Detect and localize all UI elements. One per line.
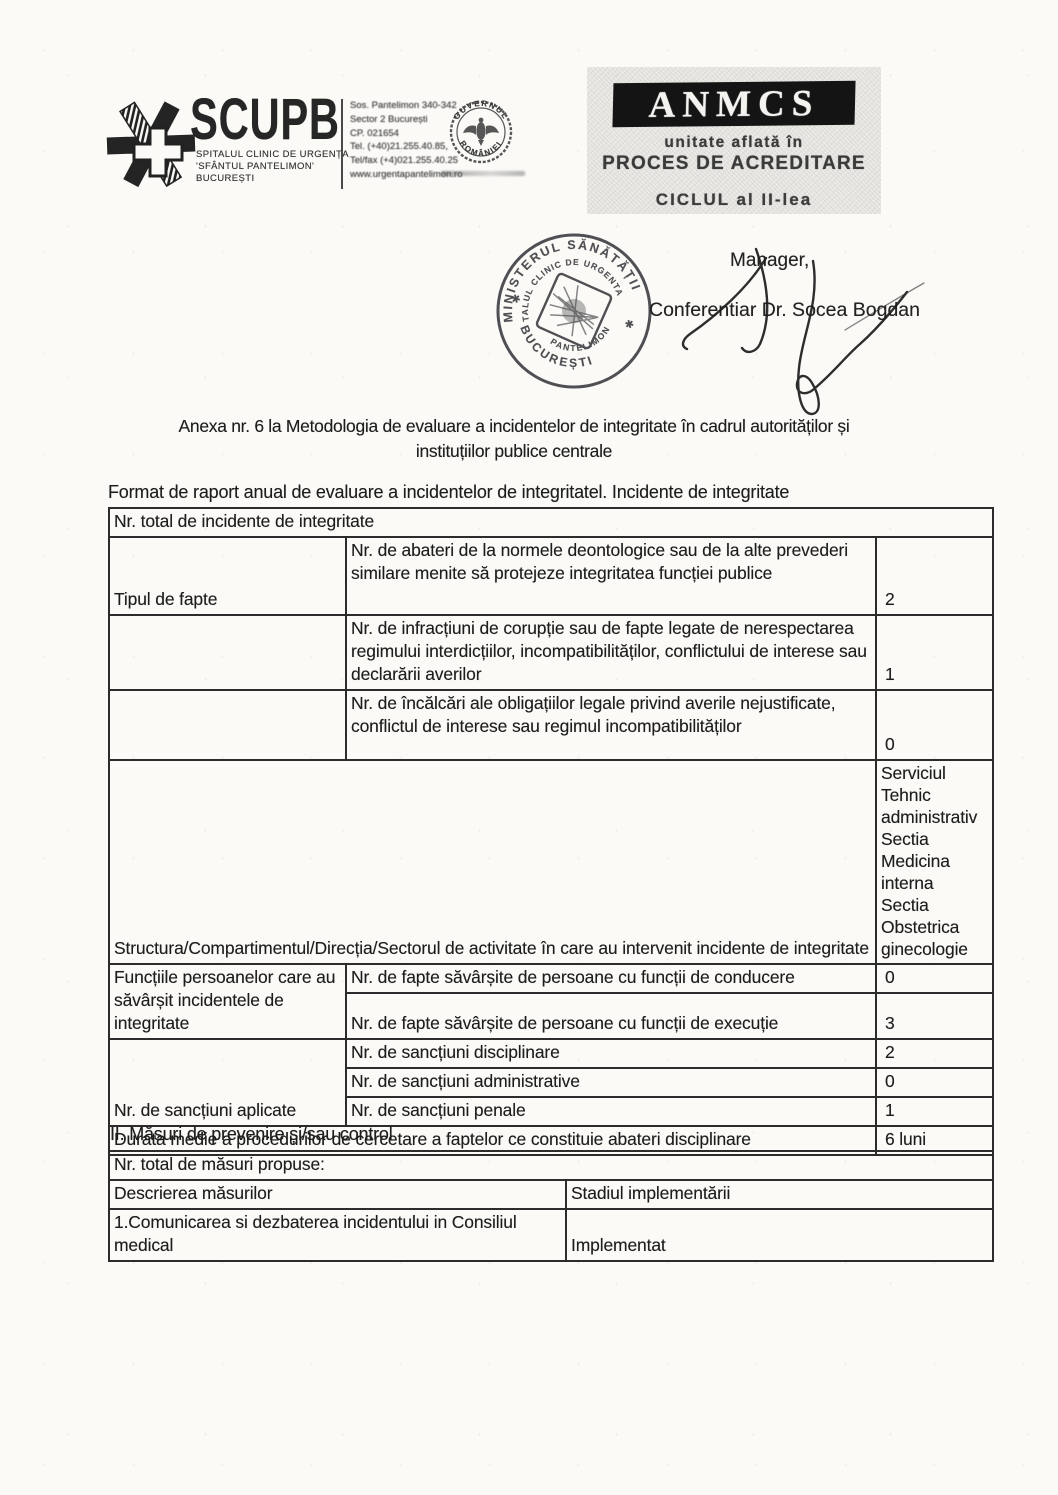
anmcs-line3: CICLUL al II-lea — [587, 190, 881, 210]
anmcs-line1: unitate aflată în — [587, 134, 881, 152]
measures-col2-header: Stadiul implementării — [566, 1180, 993, 1209]
functii-value: 0 — [876, 964, 993, 993]
hospital-name-line2: 'SFÂNTUL PANTELIMON' — [196, 161, 349, 173]
anmcs-accreditation-box: ANMCS unitate aflată în PROCES DE ACREDI… — [587, 67, 881, 214]
fapte-value: 2 — [876, 537, 993, 615]
measures-total-header: Nr. total de măsuri propuse: — [109, 1151, 993, 1180]
hospital-name-line1: SPITALUL CLINIC DE URGENȚA — [196, 149, 349, 161]
hospital-name-line3: BUCUREȘTI — [196, 173, 349, 185]
document-title: Anexa nr. 6 la Metodologia de evaluare a… — [108, 414, 920, 464]
section2-heading: II. Măsuri de prevenire și/sau control — [110, 1124, 393, 1145]
empty-cell — [109, 615, 346, 690]
fapte-desc: Nr. de abateri de la normele deontologic… — [346, 537, 876, 615]
document-title-line1: Anexa nr. 6 la Metodologia de evaluare a… — [108, 414, 920, 439]
structura-value: Serviciul Tehnic administrativ Sectia Me… — [876, 760, 993, 964]
stamp-star-separator: ✱ — [510, 293, 522, 307]
measures-table: Nr. total de măsuri propuse: Descrierea … — [108, 1150, 994, 1262]
row-label-structura: Structura/Compartimentul/Direcția/Sector… — [109, 760, 876, 964]
functii-desc: Nr. de fapte săvârșite de persoane cu fu… — [346, 964, 876, 993]
functii-value: 3 — [876, 993, 993, 1039]
anmcs-logo: ANMCS — [612, 81, 855, 128]
functii-desc: Nr. de fapte săvârșite de persoane cu fu… — [346, 993, 876, 1039]
fapte-desc: Nr. de încălcări ale obligațiilor legale… — [346, 690, 876, 760]
sanctiuni-desc: Nr. de sancțiuni disciplinare — [346, 1039, 876, 1068]
government-seal-icon: GUVERNUL ROMÂNIEI — [446, 97, 516, 167]
sanctiuni-desc: Nr. de sancțiuni penale — [346, 1097, 876, 1126]
hospital-acronym: SCUPB — [190, 92, 340, 148]
sanctiuni-value: 0 — [876, 1068, 993, 1097]
scanned-document-page: SCUPB SPITALUL CLINIC DE URGENȚA 'SFÂNTU… — [0, 0, 1058, 1495]
document-title-line2: instituțiilor publice centrale — [108, 439, 920, 464]
seal-caption-illegible — [441, 171, 525, 176]
anmcs-logo-text: ANMCS — [648, 82, 820, 127]
eagle-emblem-icon — [463, 118, 499, 146]
row-label-sanctiuni: Nr. de sancțiuni aplicate — [109, 1039, 346, 1126]
row-label-tipul-de-fapte: Tipul de fapte — [109, 537, 346, 615]
fapte-desc: Nr. de infracțiuni de corupție sau de fa… — [346, 615, 876, 690]
fapte-value: 1 — [876, 615, 993, 690]
fapte-value: 0 — [876, 690, 993, 760]
measure-description: 1.Comunicarea si dezbaterea incidentului… — [109, 1209, 566, 1261]
logo-divider — [341, 99, 343, 189]
anmcs-line2: PROCES DE ACREDITARE — [587, 153, 881, 175]
row-label-functii: Funcțiile persoanelor care au săvârșit i… — [109, 964, 346, 1039]
star-of-life-icon — [106, 94, 198, 194]
measures-col1-header: Descrierea măsurilor — [109, 1180, 566, 1209]
incidents-table: Nr. total de incidente de integritate Ti… — [108, 507, 994, 1156]
hospital-name: SPITALUL CLINIC DE URGENȚA 'SFÂNTUL PANT… — [196, 149, 349, 185]
empty-cell — [109, 690, 346, 760]
sanctiuni-value: 1 — [876, 1097, 993, 1126]
measure-status: Implementat — [566, 1209, 993, 1261]
incidents-total-header: Nr. total de incidente de integritate — [109, 508, 993, 537]
sanctiuni-desc: Nr. de sancțiuni administrative — [346, 1068, 876, 1097]
sanctiuni-value: 2 — [876, 1039, 993, 1068]
section1-heading: Format de raport anual de evaluare a inc… — [108, 482, 789, 503]
